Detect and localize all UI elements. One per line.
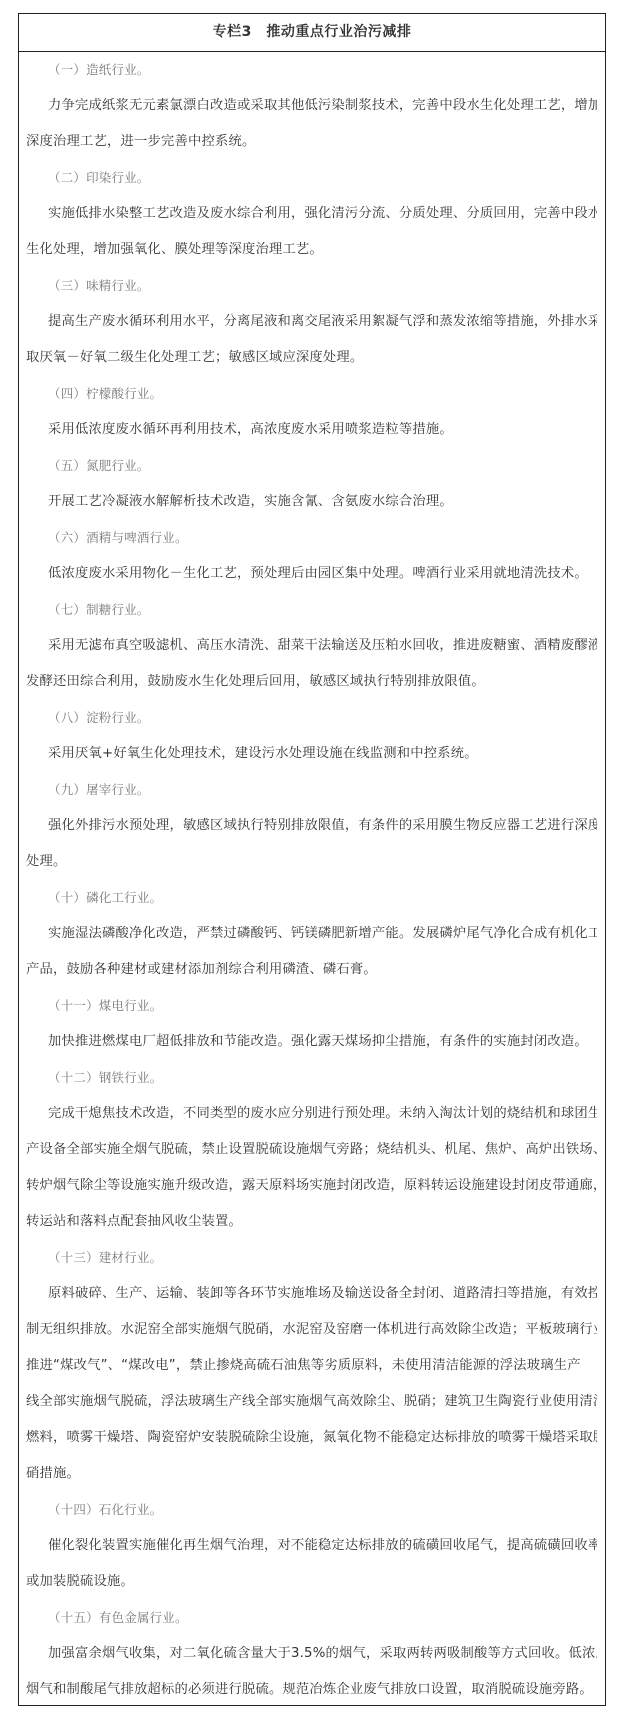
column-content: （一）造纸行业。力争完成纸浆无元素氯漂白改造或采取其他低污染制浆技术，完善中段水… xyxy=(19,52,605,1708)
section-paragraph: 提高生产废水循环利用水平，分离尾液和离交尾液采用絮凝气浮和蒸发浓缩等措施，外排水… xyxy=(26,304,597,376)
section-paragraph: 低浓度废水采用物化－生化工艺，预处理后由园区集中处理。啤酒行业采用就地清洗技术。 xyxy=(26,556,597,592)
section-paragraph: 完成干熄焦技术改造，不同类型的废水应分别进行预处理。未纳入淘汰计划的烧结机和球团… xyxy=(26,1096,597,1240)
paragraph-line: 产设备全部实施全烟气脱硫，禁止设置脱硫设施烟气旁路；烧结机头、机尾、焦炉、高炉出… xyxy=(26,1132,597,1168)
paragraph-line: 低浓度废水采用物化－生化工艺，预处理后由园区集中处理。啤酒行业采用就地清洗技术。 xyxy=(26,556,597,592)
section-heading: （四）柠檬酸行业。 xyxy=(26,376,597,412)
paragraph-line: 强化外排污水预处理，敏感区域执行特别排放限值，有条件的采用膜生物反应器工艺进行深… xyxy=(26,808,597,844)
section-paragraph: 开展工艺冷凝液水解解析技术改造，实施含氰、含氨废水综合治理。 xyxy=(26,484,597,520)
section-paragraph: 强化外排污水预处理，敏感区域执行特别排放限值，有条件的采用膜生物反应器工艺进行深… xyxy=(26,808,597,880)
section-paragraph: 催化裂化装置实施催化再生烟气治理，对不能稳定达标排放的硫磺回收尾气，提高硫磺回收… xyxy=(26,1528,597,1600)
section-paragraph: 力争完成纸浆无元素氯漂白改造或采取其他低污染制浆技术，完善中段水生化处理工艺，增… xyxy=(26,88,597,160)
section-heading: （十三）建材行业。 xyxy=(26,1240,597,1276)
section-heading: （九）屠宰行业。 xyxy=(26,772,597,808)
paragraph-line: 深度治理工艺，进一步完善中控系统。 xyxy=(26,124,597,160)
paragraph-line: 力争完成纸浆无元素氯漂白改造或采取其他低污染制浆技术，完善中段水生化处理工艺，增… xyxy=(26,88,597,124)
paragraph-line: 加快推进燃煤电厂超低排放和节能改造。强化露天煤场抑尘措施，有条件的实施封闭改造。 xyxy=(26,1024,597,1060)
paragraph-line: 燃料，喷雾干燥塔、陶瓷窑炉安装脱硫除尘设施，氮氧化物不能稳定达标排放的喷雾干燥塔… xyxy=(26,1420,597,1456)
paragraph-line: 实施湿法磷酸净化改造，严禁过磷酸钙、钙镁磷肥新增产能。发展磷炉尾气净化合成有机化… xyxy=(26,916,597,952)
paragraph-line: 采用无滤布真空吸滤机、高压水清洗、甜菜干法输送及压粕水回收，推进废糖蜜、酒精废醪… xyxy=(26,628,597,664)
paragraph-line: 转炉烟气除尘等设施实施升级改造，露天原料场实施封闭改造，原料转运设施建设封闭皮带… xyxy=(26,1168,597,1204)
paragraph-line: 原料破碎、生产、运输、装卸等各环节实施堆场及输送设备全封闭、道路清扫等措施，有效… xyxy=(26,1276,597,1312)
column-box: 专栏3 推动重点行业治污减排 （一）造纸行业。力争完成纸浆无元素氯漂白改造或采取… xyxy=(18,13,606,1706)
section-heading: （七）制糖行业。 xyxy=(26,592,597,628)
paragraph-line: 烟气和制酸尾气排放超标的必须进行脱硫。规范冶炼企业废气排放口设置，取消脱硫设施旁… xyxy=(26,1672,597,1708)
section-paragraph: 采用厌氧+好氧生化处理技术，建设污水处理设施在线监测和中控系统。 xyxy=(26,736,597,772)
paragraph-line: 处理。 xyxy=(26,844,597,880)
section-paragraph: 采用低浓度废水循环再利用技术，高浓度废水采用喷浆造粒等措施。 xyxy=(26,412,597,448)
paragraph-line: 产品，鼓励各种建材或建材添加剂综合利用磷渣、磷石膏。 xyxy=(26,952,597,988)
section-paragraph: 原料破碎、生产、运输、装卸等各环节实施堆场及输送设备全封闭、道路清扫等措施，有效… xyxy=(26,1276,597,1492)
section-heading: （八）淀粉行业。 xyxy=(26,700,597,736)
section-paragraph: 加快推进燃煤电厂超低排放和节能改造。强化露天煤场抑尘措施，有条件的实施封闭改造。 xyxy=(26,1024,597,1060)
paragraph-line: 转运站和落料点配套抽风收尘装置。 xyxy=(26,1204,597,1240)
paragraph-line: 发酵还田综合利用，鼓励废水生化处理后回用，敏感区域执行特别排放限值。 xyxy=(26,664,597,700)
section-heading: （六）酒精与啤酒行业。 xyxy=(26,520,597,556)
section-heading: （十一）煤电行业。 xyxy=(26,988,597,1024)
paragraph-line: 硝措施。 xyxy=(26,1456,597,1492)
paragraph-line: 实施低排水染整工艺改造及废水综合利用，强化清污分流、分质处理、分质回用，完善中段… xyxy=(26,196,597,232)
paragraph-line: 制无组织排放。水泥窑全部实施烟气脱硝，水泥窑及窑磨一体机进行高效除尘改造；平板玻… xyxy=(26,1312,597,1348)
section-heading: （十）磷化工行业。 xyxy=(26,880,597,916)
paragraph-line: 提高生产废水循环利用水平，分离尾液和离交尾液采用絮凝气浮和蒸发浓缩等措施，外排水… xyxy=(26,304,597,340)
section-paragraph: 加强富余烟气收集，对二氧化硫含量大于3.5%的烟气，采取两转两吸制酸等方式回收。… xyxy=(26,1636,597,1708)
paragraph-line: 采用低浓度废水循环再利用技术，高浓度废水采用喷浆造粒等措施。 xyxy=(26,412,597,448)
section-paragraph: 实施低排水染整工艺改造及废水综合利用，强化清污分流、分质处理、分质回用，完善中段… xyxy=(26,196,597,268)
paragraph-line: 开展工艺冷凝液水解解析技术改造，实施含氰、含氨废水综合治理。 xyxy=(26,484,597,520)
paragraph-line: 线全部实施烟气脱硫，浮法玻璃生产线全部实施烟气高效除尘、脱硝；建筑卫生陶瓷行业使… xyxy=(26,1384,597,1420)
column-title: 专栏3 推动重点行业治污减排 xyxy=(19,14,605,52)
section-heading: （十五）有色金属行业。 xyxy=(26,1600,597,1636)
paragraph-line: 采用厌氧+好氧生化处理技术，建设污水处理设施在线监测和中控系统。 xyxy=(26,736,597,772)
paragraph-line: 加强富余烟气收集，对二氧化硫含量大于3.5%的烟气，采取两转两吸制酸等方式回收。… xyxy=(26,1636,597,1672)
section-heading: （二）印染行业。 xyxy=(26,160,597,196)
paragraph-line: 生化处理，增加强氧化、膜处理等深度治理工艺。 xyxy=(26,232,597,268)
paragraph-line: 推进“煤改气”、“煤改电”，禁止掺烧高硫石油焦等劣质原料，未使用清洁能源的浮法玻… xyxy=(26,1348,597,1384)
paragraph-line: 或加装脱硫设施。 xyxy=(26,1564,597,1600)
paragraph-line: 取厌氧－好氧二级生化处理工艺；敏感区域应深度处理。 xyxy=(26,340,597,376)
section-heading: （十二）钢铁行业。 xyxy=(26,1060,597,1096)
paragraph-line: 催化裂化装置实施催化再生烟气治理，对不能稳定达标排放的硫磺回收尾气，提高硫磺回收… xyxy=(26,1528,597,1564)
section-paragraph: 实施湿法磷酸净化改造，严禁过磷酸钙、钙镁磷肥新增产能。发展磷炉尾气净化合成有机化… xyxy=(26,916,597,988)
section-paragraph: 采用无滤布真空吸滤机、高压水清洗、甜菜干法输送及压粕水回收，推进废糖蜜、酒精废醪… xyxy=(26,628,597,700)
paragraph-line: 完成干熄焦技术改造，不同类型的废水应分别进行预处理。未纳入淘汰计划的烧结机和球团… xyxy=(26,1096,597,1132)
section-heading: （十四）石化行业。 xyxy=(26,1492,597,1528)
section-heading: （一）造纸行业。 xyxy=(26,52,597,88)
section-heading: （三）味精行业。 xyxy=(26,268,597,304)
section-heading: （五）氮肥行业。 xyxy=(26,448,597,484)
